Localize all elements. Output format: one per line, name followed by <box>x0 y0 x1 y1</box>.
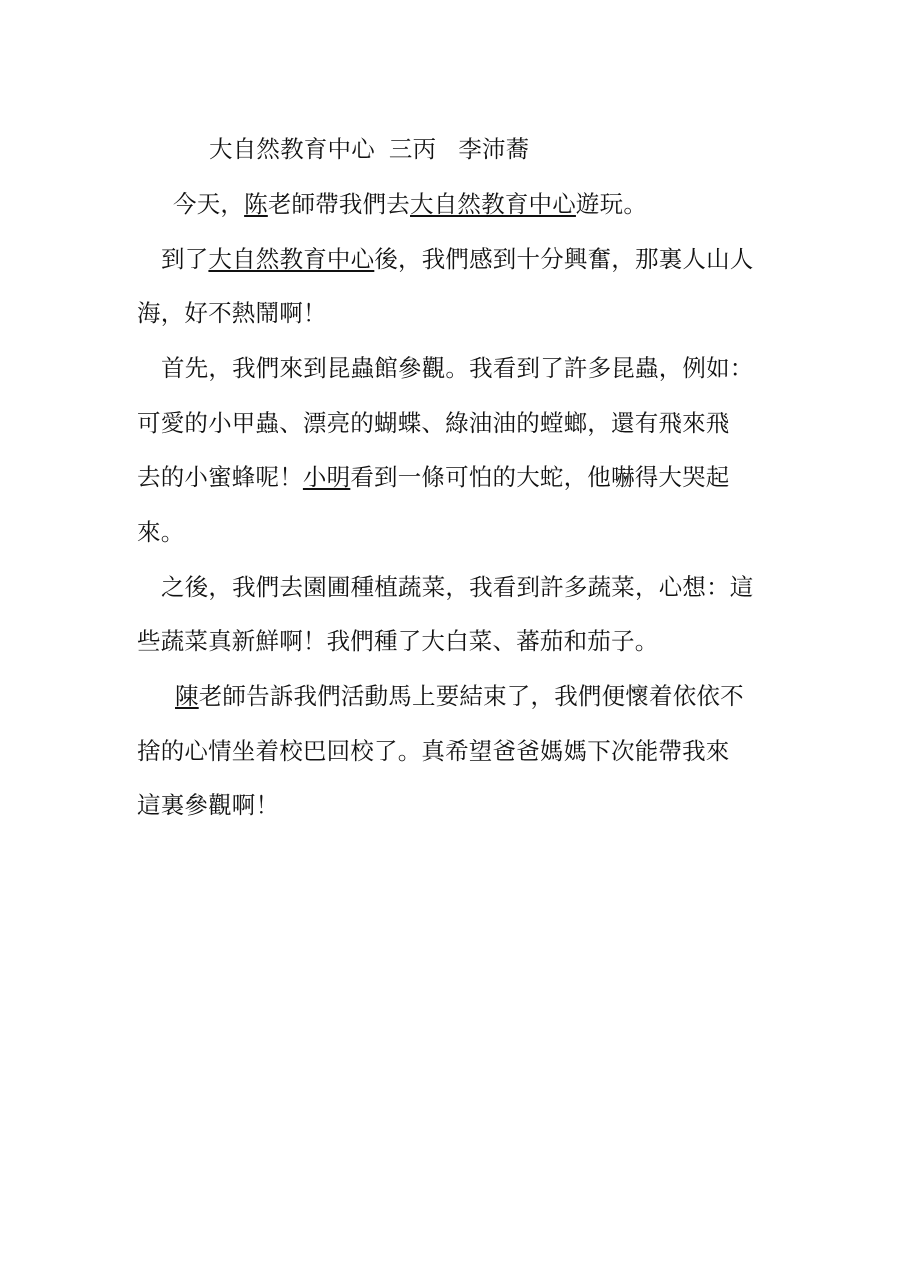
text-run: 這裏參觀啊！ <box>137 791 279 819</box>
underlined-place: 大自然教育中心 <box>208 245 374 273</box>
paragraph-4-line-2: 些蔬菜真新鮮啊！我們種了大白菜、蕃茄和茄子。 <box>137 626 658 656</box>
paragraph-4-line-1: 之後，我們去園圃種植蔬菜，我看到許多蔬菜，心想：這 <box>161 572 754 602</box>
text-run: 些蔬菜真新鮮啊！我們種了大白菜、蕃茄和茄子。 <box>137 627 658 655</box>
paragraph-3-line-3: 去的小蜜蜂呢！小明看到一條可怕的大蛇，他嚇得大哭起 <box>137 462 730 492</box>
title-subject: 大自然教育中心 <box>209 135 375 163</box>
text-run: 海，好不熱鬧啊！ <box>137 299 327 327</box>
text-run: 遊玩。 <box>576 190 647 218</box>
paragraph-1-line-1: 今天，陈老師帶我們去大自然教育中心遊玩。 <box>173 189 647 219</box>
paragraph-5-line-3: 這裏參觀啊！ <box>137 790 279 820</box>
text-run: 看到一條可怕的大蛇，他嚇得大哭起 <box>350 463 729 491</box>
paragraph-2-line-2: 海，好不熱鬧啊！ <box>137 298 327 328</box>
underlined-name: 陳 <box>175 682 199 710</box>
text-run: 捨的心情坐着校巴回校了。真希望爸爸媽媽下次能帶我來 <box>137 737 730 765</box>
text-run: 到了 <box>161 245 208 273</box>
paragraph-5-line-2: 捨的心情坐着校巴回校了。真希望爸爸媽媽下次能帶我來 <box>137 736 730 766</box>
paragraph-3-line-2: 可愛的小甲蟲、漂亮的蝴蝶、綠油油的螳螂，還有飛來飛 <box>137 408 730 438</box>
text-run: 之後，我們去園圃種植蔬菜，我看到許多蔬菜，心想：這 <box>161 573 754 601</box>
underlined-name: 陈 <box>244 190 268 218</box>
document-page: 大自然教育中心三丙李沛蕎 今天，陈老師帶我們去大自然教育中心遊玩。 到了大自然教… <box>0 0 905 1280</box>
title-line: 大自然教育中心三丙李沛蕎 <box>209 134 529 164</box>
underlined-name: 小明 <box>303 463 350 491</box>
underlined-place: 大自然教育中心 <box>410 190 576 218</box>
text-run: 今天， <box>173 190 244 218</box>
paragraph-5-line-1: 陳老師告訴我們活動馬上要結束了，我們便懷着依依不 <box>175 681 744 711</box>
paragraph-2-line-1: 到了大自然教育中心後，我們感到十分興奮，那裏人山人 <box>161 244 754 274</box>
text-run: 來。 <box>137 518 184 546</box>
title-class: 三丙 <box>389 135 436 163</box>
text-run: 後，我們感到十分興奮，那裏人山人 <box>374 245 753 273</box>
text-run: 可愛的小甲蟲、漂亮的蝴蝶、綠油油的螳螂，還有飛來飛 <box>137 409 730 437</box>
title-author: 李沛蕎 <box>458 135 529 163</box>
text-run: 老師告訴我們活動馬上要結束了，我們便懷着依依不 <box>199 682 744 710</box>
paragraph-3-line-4: 來。 <box>137 517 184 547</box>
text-run: 去的小蜜蜂呢！ <box>137 463 303 491</box>
text-run: 老師帶我們去 <box>268 190 410 218</box>
paragraph-3-line-1: 首先，我們來到昆蟲館參觀。我看到了許多昆蟲，例如： <box>161 353 754 383</box>
text-run: 首先，我們來到昆蟲館參觀。我看到了許多昆蟲，例如： <box>161 354 754 382</box>
